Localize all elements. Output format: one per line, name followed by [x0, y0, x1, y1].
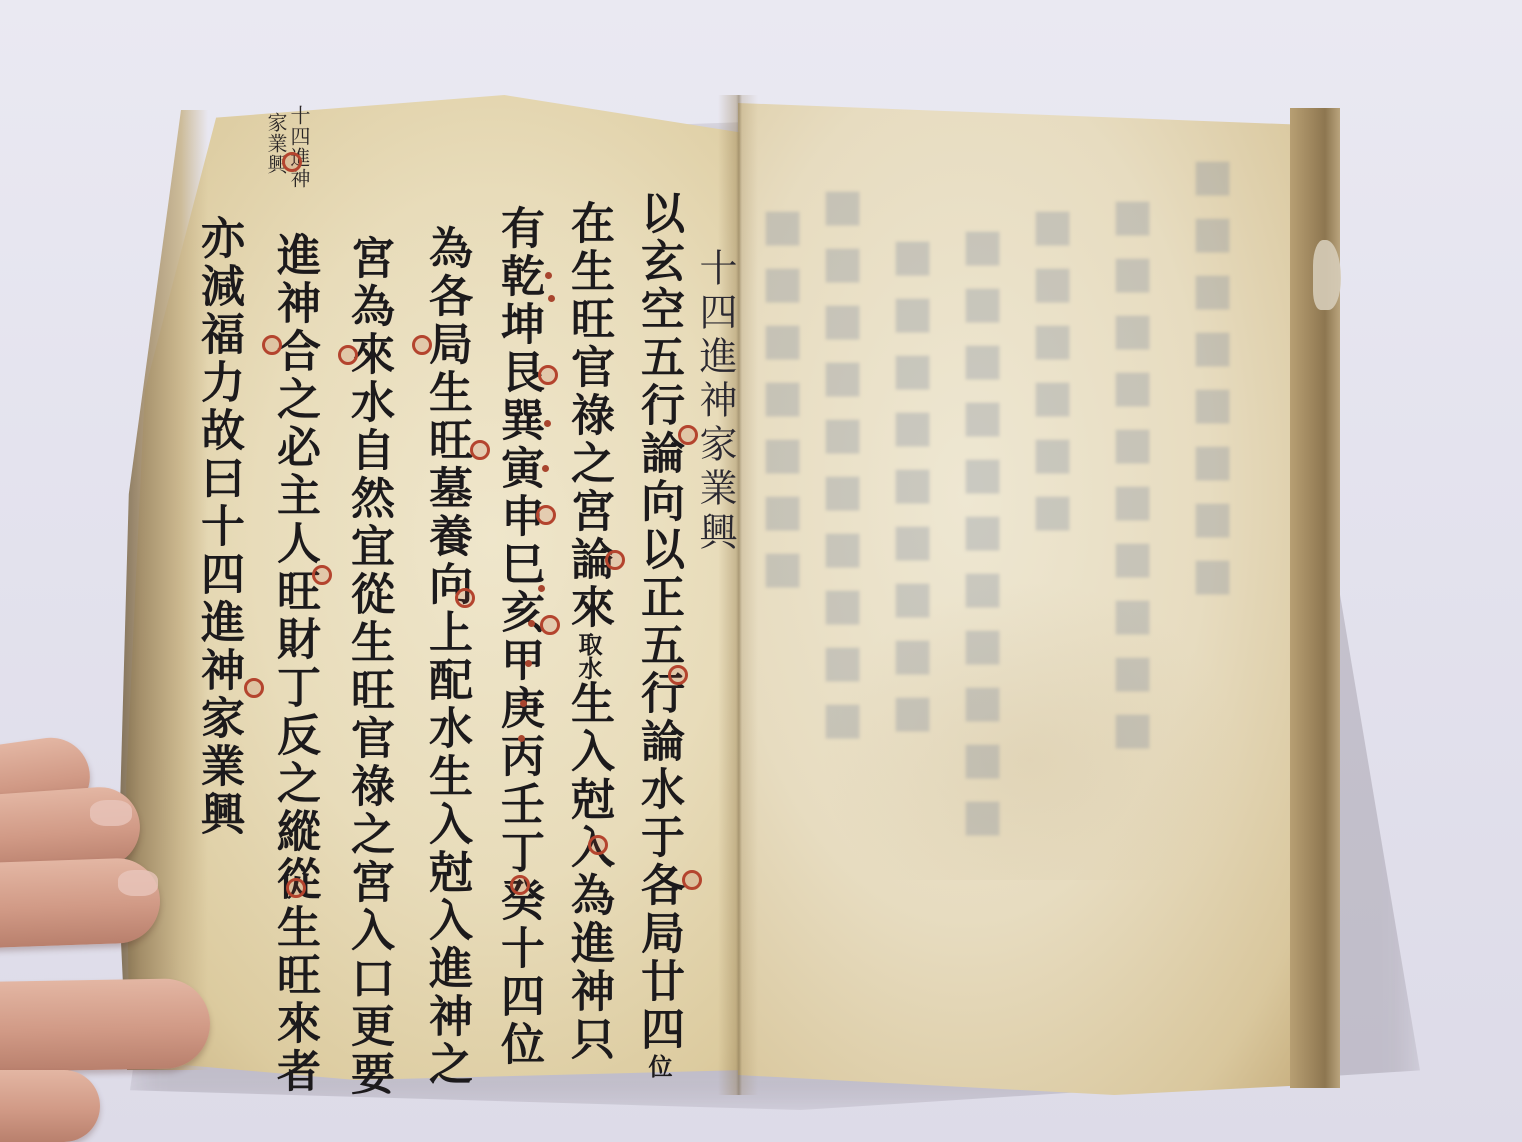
text-column-6: 進神合之必主人旺財丁反之縱從生旺來者 — [272, 232, 316, 1096]
red-dot — [520, 700, 527, 707]
red-punctuation-mark — [338, 345, 358, 365]
red-punctuation-mark — [540, 615, 560, 635]
text-column-5: 宮為來水自然宜從生旺官祿之宮入口更要 — [346, 235, 390, 1099]
red-dot — [542, 465, 549, 472]
red-punctuation-mark — [470, 440, 490, 460]
bleed-through-text: ■■■■■■ — [1030, 200, 1074, 542]
red-punctuation-mark — [682, 870, 702, 890]
red-dot — [545, 272, 552, 279]
finger — [0, 1070, 100, 1142]
text-column-7: 亦減福力故曰十四進神家業興 — [196, 215, 240, 839]
red-punctuation-mark — [538, 365, 558, 385]
red-punctuation-mark — [412, 335, 432, 355]
red-punctuation-mark — [455, 588, 475, 608]
red-punctuation-mark — [262, 335, 282, 355]
small-annotation: 位 — [644, 1054, 673, 1078]
text-run: 以玄空五行論向以正五行論水于各局廿四 — [633, 190, 684, 1054]
red-punctuation-mark — [312, 565, 332, 585]
bleed-through-text: ■■■■■■■■■■■ — [960, 220, 1004, 847]
red-punctuation-mark — [678, 425, 698, 445]
red-dot — [528, 620, 535, 627]
water-stain — [820, 580, 1240, 880]
red-punctuation-mark — [282, 152, 302, 172]
red-punctuation-mark — [244, 678, 264, 698]
bleed-through-text: ■■■■■■■■■ — [890, 230, 934, 743]
red-punctuation-mark — [536, 505, 556, 525]
red-dot — [544, 420, 551, 427]
margin-note: 十四進神 — [288, 105, 310, 189]
red-punctuation-mark — [668, 665, 688, 685]
finger — [0, 733, 95, 826]
bleed-through-text: ■■■■■■■ — [760, 200, 804, 599]
text-column-2: 在生旺官祿之宮論來取水生入尅入為進神只 — [566, 200, 610, 1064]
red-punctuation-mark — [286, 878, 306, 898]
red-dot — [538, 585, 545, 592]
red-punctuation-mark — [510, 875, 530, 895]
red-punctuation-mark — [605, 550, 625, 570]
red-dot — [518, 735, 525, 742]
text-run: 生入尅入為進神只 — [563, 680, 614, 1064]
small-annotation: 取水 — [574, 632, 603, 680]
bleed-through-text: ■■■■■■■■ — [1190, 150, 1234, 606]
text-run: 在生旺官祿之宮論來 — [563, 200, 614, 632]
chapter-title: 十四進神家業興 — [696, 248, 734, 556]
red-punctuation-mark — [588, 835, 608, 855]
red-dot — [548, 295, 555, 302]
red-dot — [525, 660, 532, 667]
text-column-3: 有乾坤艮巽寅申巳亥甲庚丙壬丁癸十四位 — [496, 205, 540, 1069]
bleed-through-text: ■■■■■■■■■■ — [1110, 190, 1154, 760]
photo-scene: ■■■■■■■■ ■■■■■■■■■■ ■■■■■■ ■■■■■■■■■■■ ■… — [0, 0, 1522, 1142]
bleed-through-text: ■■■■■■■■■■ — [820, 180, 864, 750]
text-column-4: 為各局生旺墓養向上配水生入尅入進神之 — [424, 225, 468, 1089]
margin-note-line: 十四進神 — [287, 105, 311, 189]
text-column-1: 以玄空五行論向以正五行論水于各局廿四位 — [636, 190, 680, 1078]
book-gutter — [718, 95, 758, 1095]
